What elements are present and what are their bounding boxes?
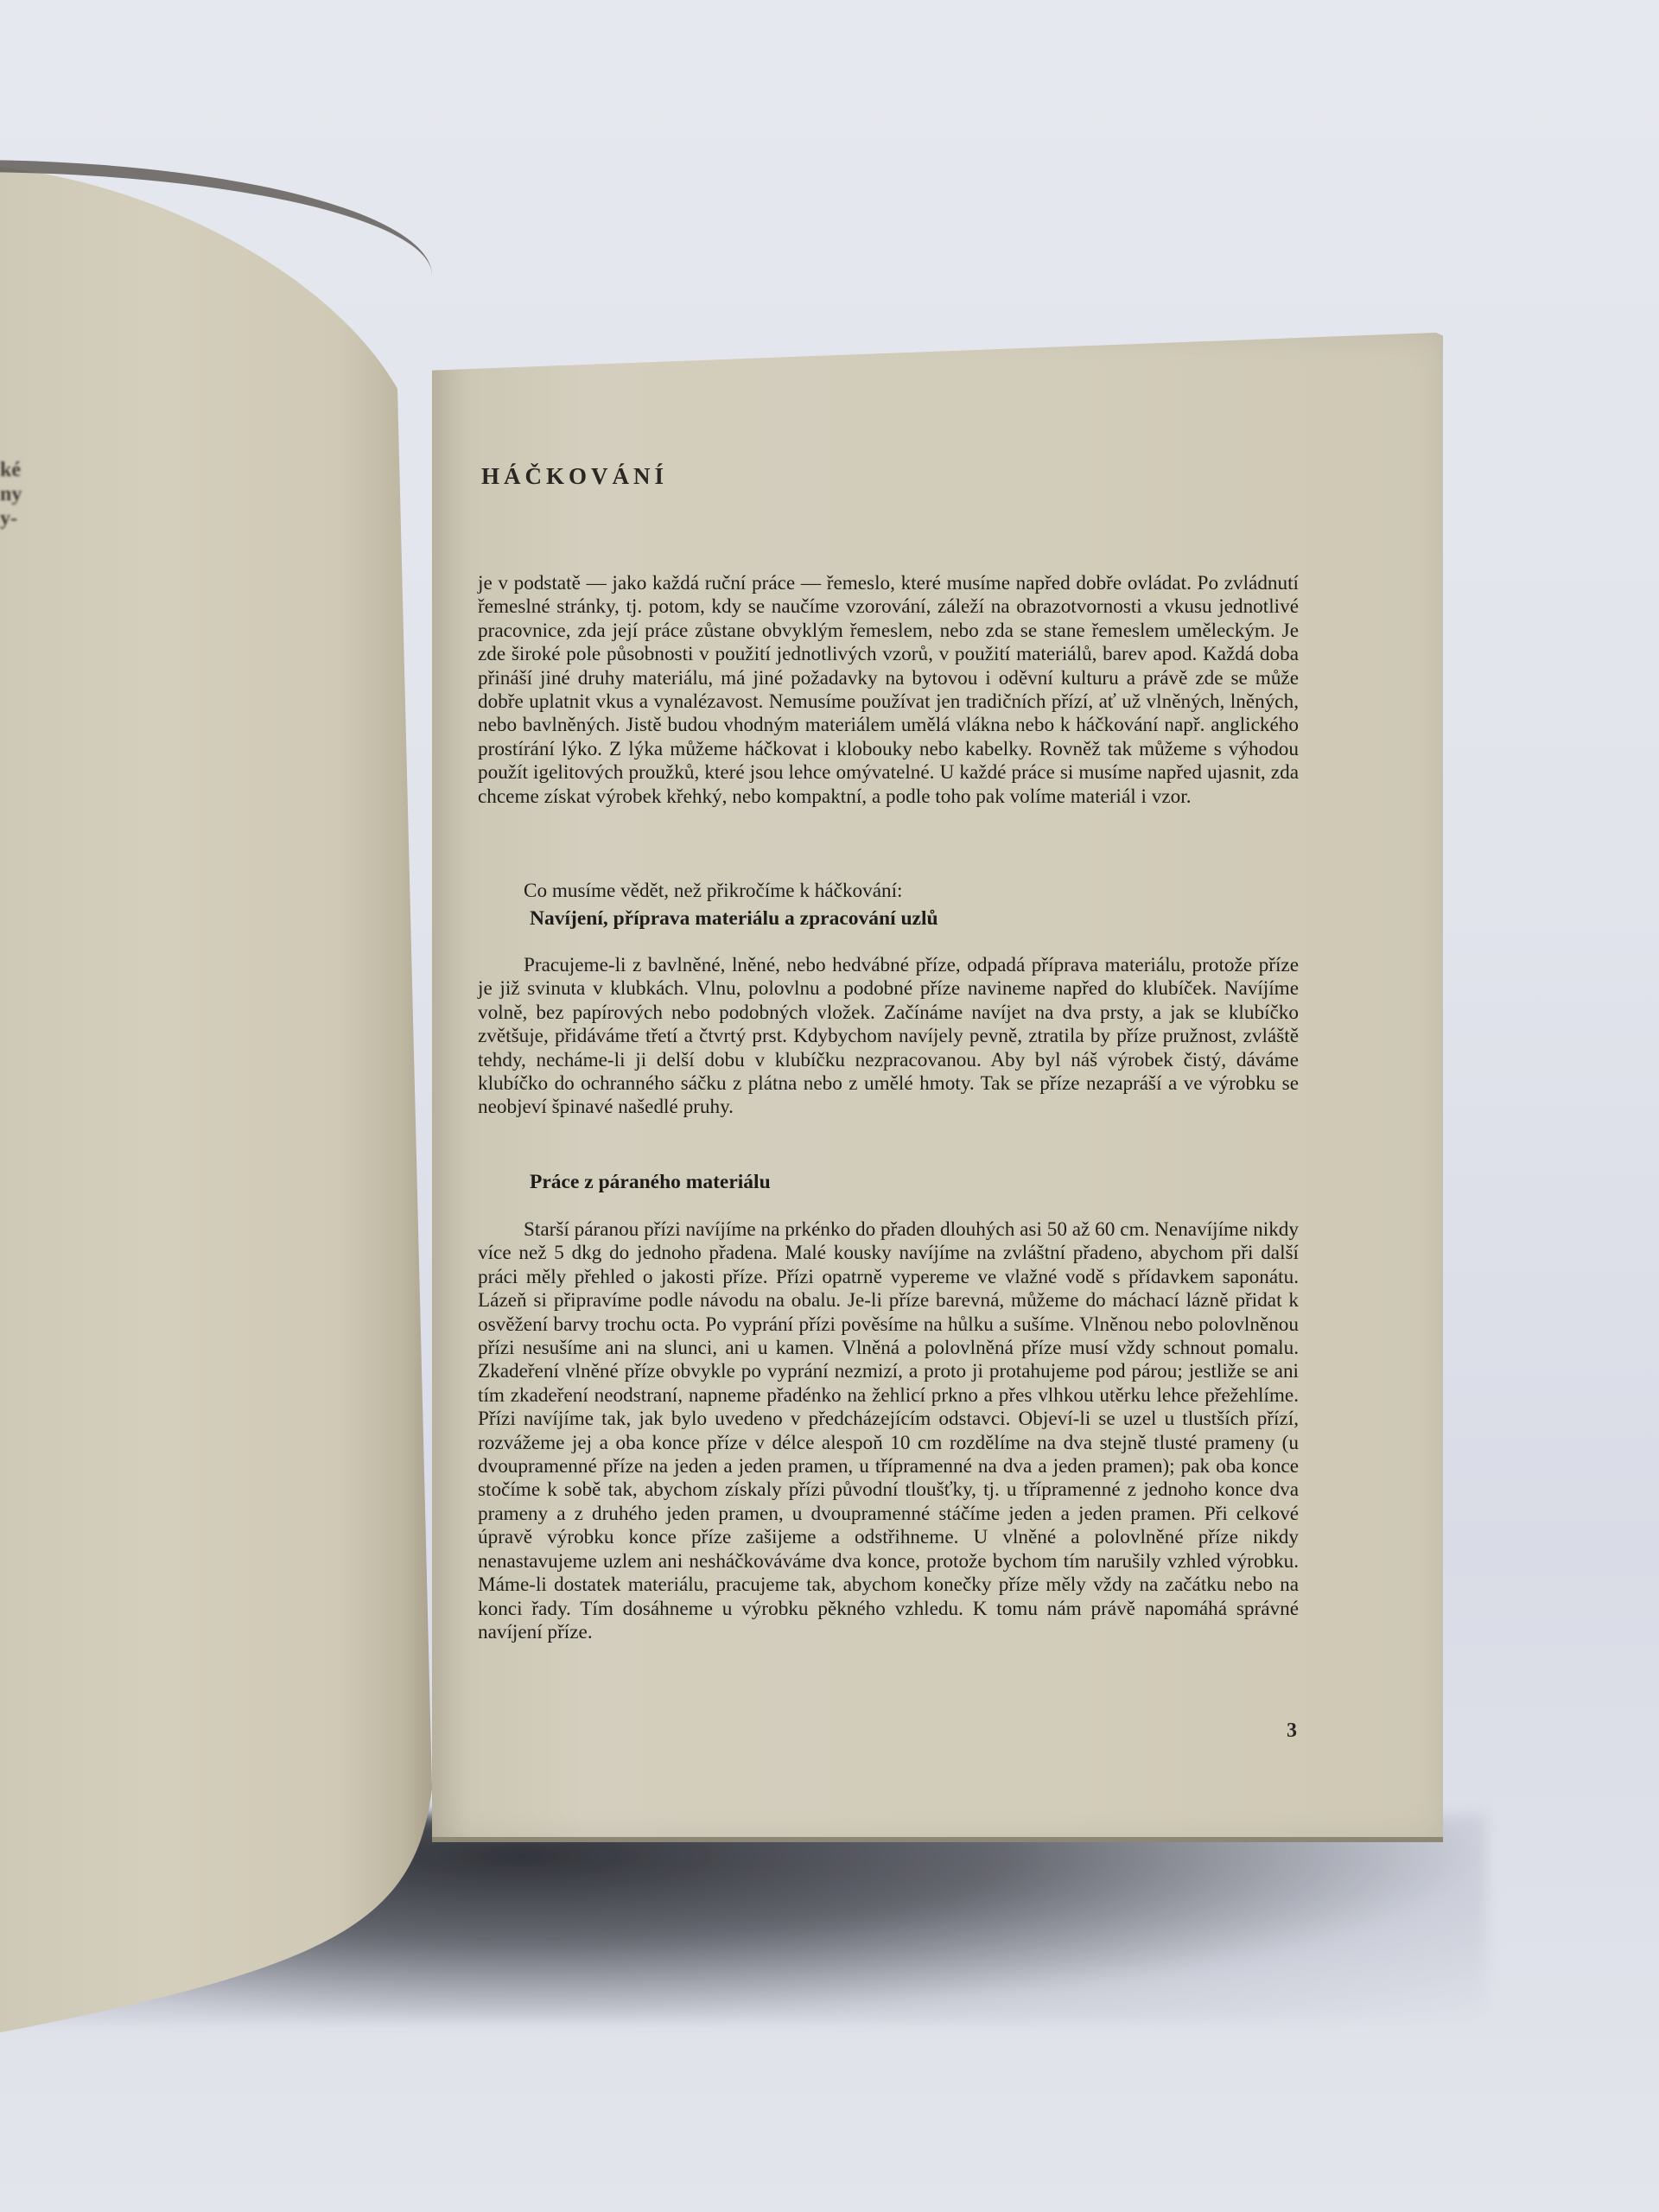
intro-paragraph: je v podstatě — jako každá ruční práce —…	[478, 572, 1299, 809]
left-page-edge	[0, 160, 432, 276]
left-page-text-fragment: ké ny y-	[0, 458, 22, 531]
left-fragment-line: ké	[0, 458, 22, 482]
section-heading-parany-material: Práce z páraného materiálu	[530, 1171, 771, 1194]
section-body-parany-material: Starší páranou přízi navíjíme na prkénko…	[478, 1218, 1299, 1644]
chapter-title: HÁČKOVÁNÍ	[481, 463, 668, 490]
left-page	[0, 164, 432, 2039]
section-body-navijeni: Pracujeme-li z bavlněné, lněné, nebo hed…	[478, 954, 1299, 1120]
right-page-bottom-edge	[432, 1837, 1443, 1842]
page-number: 3	[1287, 1719, 1297, 1743]
left-fragment-line: ny	[0, 482, 22, 506]
intro-question: Co musíme vědět, než přikročíme k háčkov…	[478, 880, 1299, 903]
section-heading-navijeni: Navíjení, příprava materiálu a zpracován…	[530, 907, 938, 931]
left-fragment-line: y-	[0, 506, 22, 531]
